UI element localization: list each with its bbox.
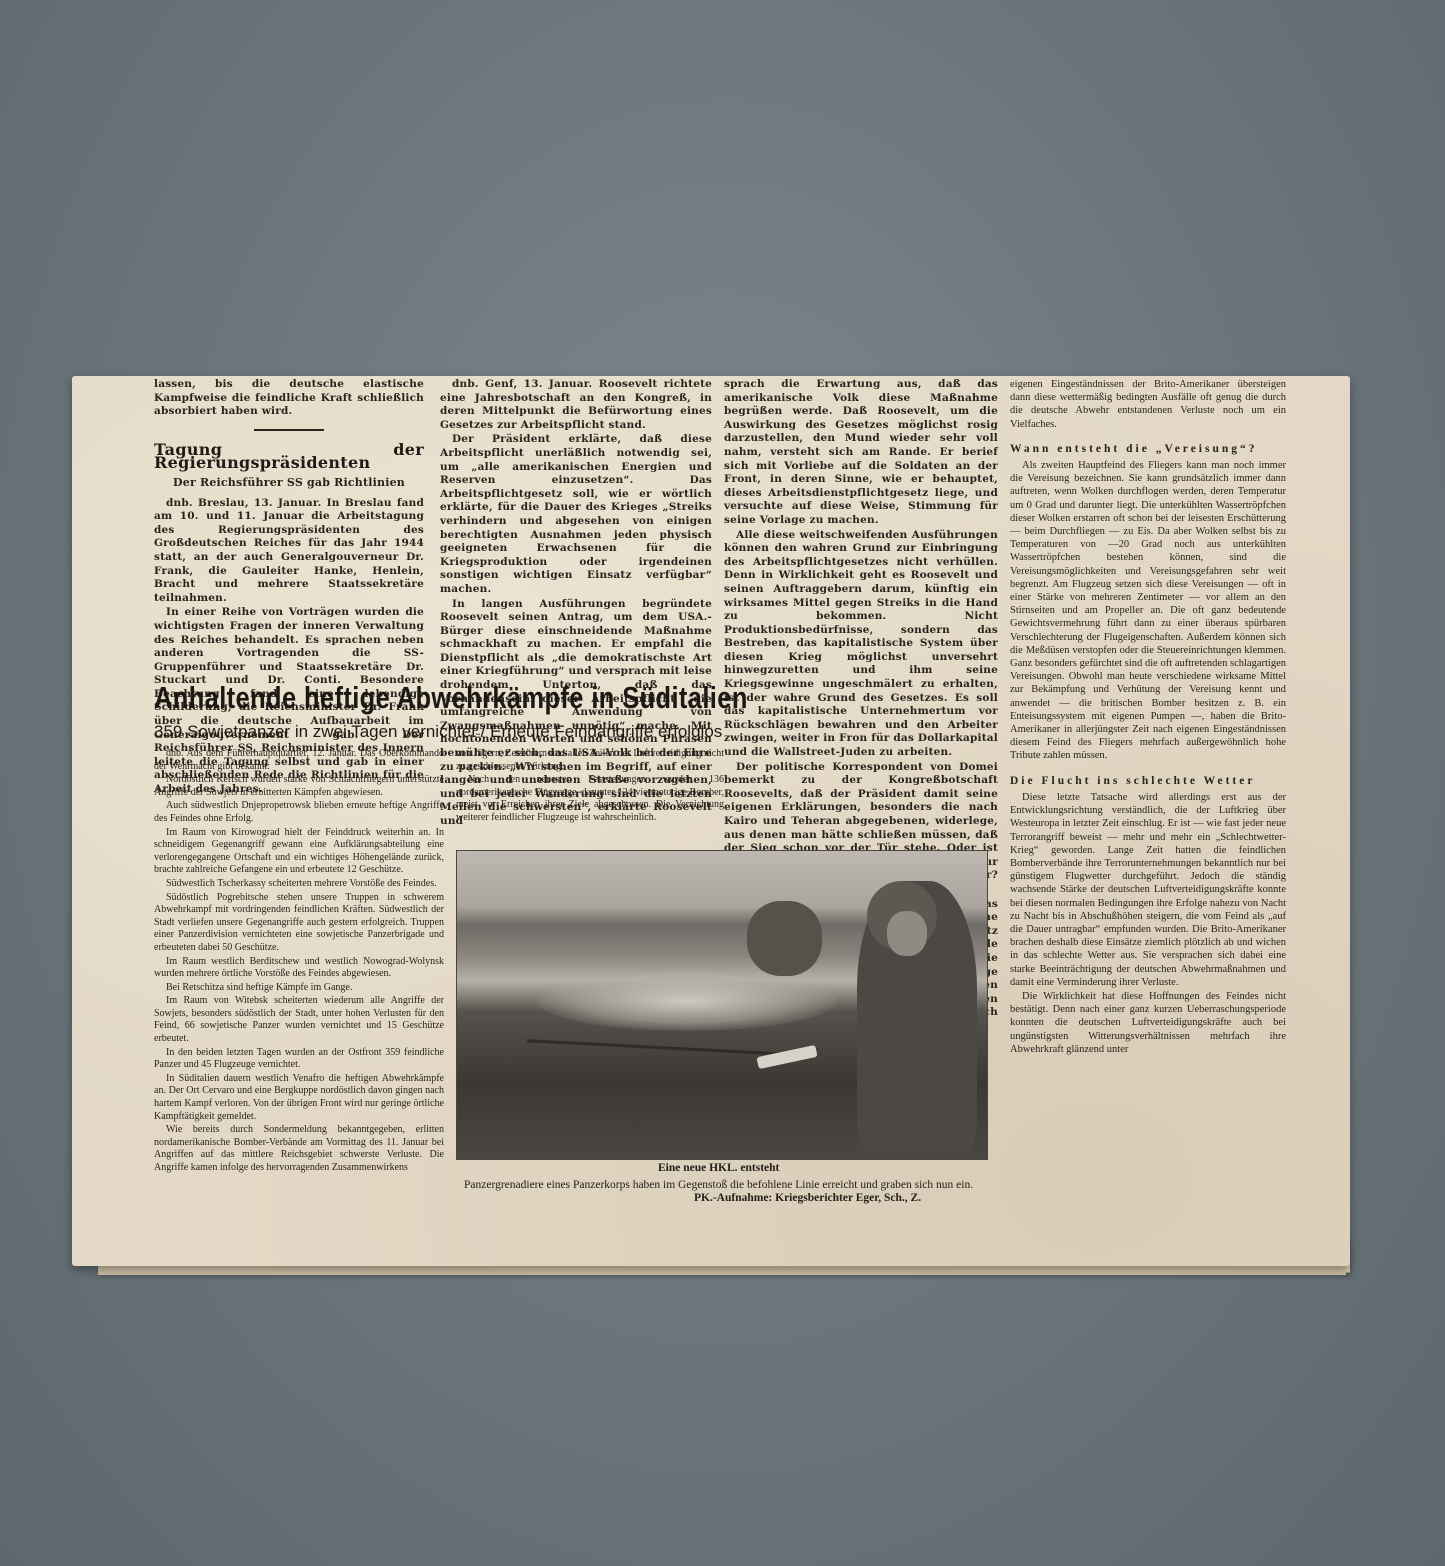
photo-snow xyxy=(537,971,837,1031)
photo-credit: PK.-Aufnahme: Kriegsberichter Eger, Sch.… xyxy=(694,1192,921,1204)
news-photo xyxy=(456,850,988,1160)
paragraph: In den beiden letzten Tagen wurden an de… xyxy=(154,1047,444,1072)
photo-rifle xyxy=(527,1039,787,1056)
section-title-vereisung: Wann entsteht die „Vereisung“? xyxy=(1010,443,1286,456)
paragraph: dnb. Aus dem Führerhauptquartier, 12. Ja… xyxy=(154,748,444,773)
main-article-column-2: von Jägern, Zerstörern und allen Teilen … xyxy=(456,748,724,826)
paragraph: Als zweiten Hauptfeind des Fliegers kann… xyxy=(1010,459,1286,763)
paragraph: Im Raum von Witebsk scheiterten wiederum… xyxy=(154,995,444,1045)
paragraph: Der Präsident erklärte, daß diese Arbeit… xyxy=(440,433,712,596)
paragraph: Im Raum von Kirowograd hielt der Feinddr… xyxy=(154,827,444,877)
paragraph: Im Raum westlich Berditschew und westlic… xyxy=(154,956,444,981)
paragraph: Die Wirklichkeit hat diese Hoffnungen de… xyxy=(1010,990,1286,1056)
article-subtitle-tagung: Der Reichsführer SS gab Richtlinien xyxy=(154,476,424,490)
paragraph: Wie bereits durch Sondermeldung bekanntg… xyxy=(154,1124,444,1174)
paragraph: Bei Retschitza sind heftige Kämpfe im Ga… xyxy=(154,982,444,995)
carryover-text: eigenen Eingeständnissen der Brito-Ameri… xyxy=(1010,378,1286,431)
paragraph: Südwestlich Tscherkassy scheiterten mehr… xyxy=(154,878,444,891)
paragraph: von Jägern, Zerstörern und allen Teilen … xyxy=(456,748,724,773)
paragraph: dnb. Breslau, 13. Januar. In Breslau fan… xyxy=(154,497,424,606)
main-article-column-1: dnb. Aus dem Führerhauptquartier, 12. Ja… xyxy=(154,748,444,1176)
newspaper-page: lassen, bis die deutsche elastische Kamp… xyxy=(72,376,1350,1266)
paragraph: Alle diese weitschweifenden Ausführungen… xyxy=(724,529,998,760)
photo-soldier-background xyxy=(747,901,822,976)
paragraph: dnb. Genf, 13. Januar. Roosevelt richtet… xyxy=(440,378,712,432)
paragraph: Auch südwestlich Dnjepropetrowsk blieben… xyxy=(154,800,444,825)
column-4: eigenen Eingeständnissen der Brito-Ameri… xyxy=(1010,378,1286,1057)
paragraph: In Süditalien dauern westlich Venafro di… xyxy=(154,1073,444,1123)
carryover-text: lassen, bis die deutsche elastische Kamp… xyxy=(154,378,424,419)
paragraph: Nach den neuesten Feststellungen wurden … xyxy=(456,774,724,824)
article-title-tagung: Tagung der Regierungspräsidenten xyxy=(154,443,424,470)
section-title-flucht: Die Flucht ins schlechte Wetter xyxy=(1010,775,1286,788)
paragraph: Südöstlich Pogrebitsche stehen unsere Tr… xyxy=(154,892,444,955)
main-headline: Anhaltende heftige Abwehrkämpfe in Südit… xyxy=(154,680,748,716)
paragraph: sprach die Erwartung aus, daß das amerik… xyxy=(724,378,998,528)
main-subheadline: 359 Sowjetpanzer in zwei Tagen vernichte… xyxy=(154,722,722,742)
divider-rule xyxy=(254,429,324,431)
paragraph: Nordöstlich Kertsch wurden starke von Sc… xyxy=(154,774,444,799)
photo-caption-text: Panzergrenadiere eines Panzerkorps haben… xyxy=(464,1178,1006,1192)
photo-spade xyxy=(756,1045,817,1069)
photo-caption-title: Eine neue HKL. entsteht xyxy=(658,1162,779,1174)
paragraph: Diese letzte Tatsache wird allerdings er… xyxy=(1010,791,1286,989)
photo-soldier-face xyxy=(887,911,927,956)
